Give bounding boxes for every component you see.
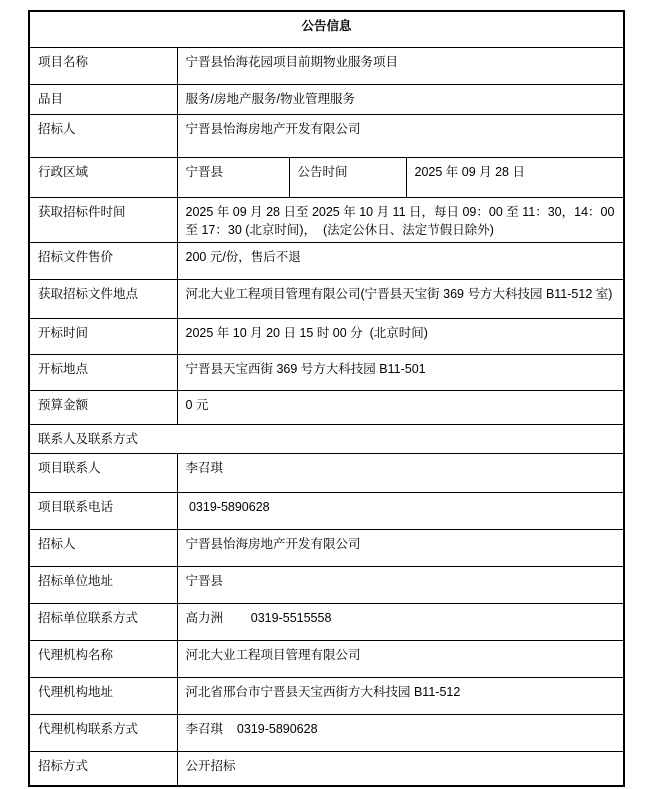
table-row: 招标单位联系方式 高力洲 0319-5515558 [29, 603, 624, 640]
page-title: 公告信息 [29, 11, 624, 47]
row-value: 0319-5890628 [177, 492, 624, 529]
row-label: 招标文件售价 [29, 242, 177, 279]
row-value: 高力洲 0319-5515558 [177, 603, 624, 640]
table-row: 预算金额 0 元 [29, 390, 624, 424]
table-row: 行政区域 宁晋县 公告时间 2025 年 09 月 28 日 [29, 157, 624, 197]
row-value: 2025 年 09 月 28 日 [406, 157, 624, 197]
row-label: 品目 [29, 84, 177, 114]
table-row: 获取招标件时间 2025 年 09 月 28 日至 2025 年 10 月 11… [29, 197, 624, 242]
table-title-row: 公告信息 [29, 11, 624, 47]
row-label: 招标单位地址 [29, 566, 177, 603]
row-value: 2025 年 09 月 28 日至 2025 年 10 月 11 日，每日 09… [177, 197, 624, 242]
row-value: 宁晋县怡海房地产开发有限公司 [177, 114, 624, 157]
table-row: 代理机构名称 河北大业工程项目管理有限公司 [29, 640, 624, 677]
row-value: 2025 年 10 月 20 日 15 时 00 分 (北京时间) [177, 318, 624, 354]
table-row: 项目名称 宁晋县怡海花园项目前期物业服务项目 [29, 47, 624, 84]
table-row: 开标时间 2025 年 10 月 20 日 15 时 00 分 (北京时间) [29, 318, 624, 354]
row-value: 0 元 [177, 390, 624, 424]
row-value: 李召琪 0319-5890628 [177, 714, 624, 751]
row-label: 项目名称 [29, 47, 177, 84]
table-row: 开标地点 宁晋县天宝西街 369 号方大科技园 B11-501 [29, 354, 624, 390]
table-row: 招标文件售价 200 元/份，售后不退 [29, 242, 624, 279]
row-label: 招标人 [29, 114, 177, 157]
table-section-row: 联系人及联系方式 [29, 424, 624, 453]
row-label: 获取招标文件地点 [29, 279, 177, 318]
table-row: 品目 服务/房地产服务/物业管理服务 [29, 84, 624, 114]
row-value: 宁晋县怡海房地产开发有限公司 [177, 529, 624, 566]
table-row: 项目联系人 李召琪 [29, 453, 624, 492]
row-value: 服务/房地产服务/物业管理服务 [177, 84, 624, 114]
row-value: 宁晋县 [177, 566, 624, 603]
table-row: 招标方式 公开招标 [29, 751, 624, 786]
row-value: 200 元/份，售后不退 [177, 242, 624, 279]
row-label: 招标人 [29, 529, 177, 566]
row-value: 河北大业工程项目管理有限公司(宁晋县天宝街 369 号方大科技园 B11-512… [177, 279, 624, 318]
row-label: 公告时间 [289, 157, 406, 197]
table-row: 招标人 宁晋县怡海房地产开发有限公司 [29, 529, 624, 566]
row-label: 招标方式 [29, 751, 177, 786]
row-label: 开标时间 [29, 318, 177, 354]
row-label: 代理机构联系方式 [29, 714, 177, 751]
table-row: 获取招标文件地点 河北大业工程项目管理有限公司(宁晋县天宝街 369 号方大科技… [29, 279, 624, 318]
table-row: 项目联系电话 0319-5890628 [29, 492, 624, 529]
row-value: 宁晋县怡海花园项目前期物业服务项目 [177, 47, 624, 84]
row-label: 代理机构地址 [29, 677, 177, 714]
row-label: 招标单位联系方式 [29, 603, 177, 640]
row-value: 宁晋县天宝西街 369 号方大科技园 B11-501 [177, 354, 624, 390]
row-value: 公开招标 [177, 751, 624, 786]
announcement-table: 公告信息 项目名称 宁晋县怡海花园项目前期物业服务项目 品目 服务/房地产服务/… [28, 10, 625, 787]
section-label: 联系人及联系方式 [29, 424, 624, 453]
row-label: 开标地点 [29, 354, 177, 390]
table-row: 招标单位地址 宁晋县 [29, 566, 624, 603]
row-value: 河北大业工程项目管理有限公司 [177, 640, 624, 677]
row-label: 行政区域 [29, 157, 177, 197]
row-label: 获取招标件时间 [29, 197, 177, 242]
row-label: 项目联系电话 [29, 492, 177, 529]
row-value: 河北省邢台市宁晋县天宝西街方大科技园 B11-512 [177, 677, 624, 714]
table-row: 招标人 宁晋县怡海房地产开发有限公司 [29, 114, 624, 157]
table-row: 代理机构地址 河北省邢台市宁晋县天宝西街方大科技园 B11-512 [29, 677, 624, 714]
row-value: 李召琪 [177, 453, 624, 492]
row-label: 代理机构名称 [29, 640, 177, 677]
table-row: 代理机构联系方式 李召琪 0319-5890628 [29, 714, 624, 751]
row-label: 预算金额 [29, 390, 177, 424]
row-label: 项目联系人 [29, 453, 177, 492]
row-value: 宁晋县 [177, 157, 289, 197]
